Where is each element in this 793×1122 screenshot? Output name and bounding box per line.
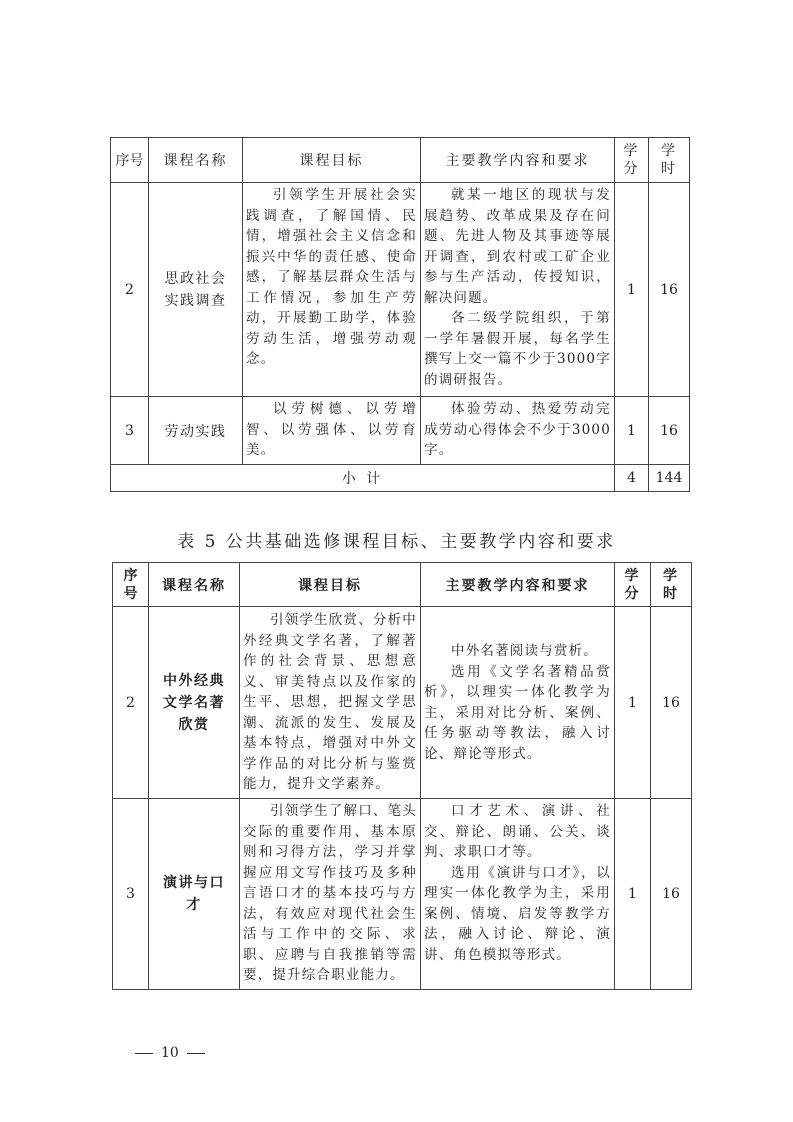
header-no: 序 号 xyxy=(113,563,149,607)
row-course-name: 演讲与口 才 xyxy=(149,799,240,990)
row-course-name: 思政社会 实践调查 xyxy=(149,183,243,397)
row-content: 就某一地区的现状与发展趋势、改革成果及存在问题、先进人物及其事迹等展开调查，到农… xyxy=(421,183,615,397)
subtotal-label: 小 计 xyxy=(111,465,615,492)
row-course-name: 中外经典 文学名著 欣赏 xyxy=(149,607,240,799)
row-credit: 1 xyxy=(615,183,649,397)
header-course-goal: 课程目标 xyxy=(243,138,421,183)
row-no: 3 xyxy=(111,397,149,465)
row-course-goal: 引领学生开展社会实践调查，了解国情、民情，增强社会主义信念和振兴中华的责任感、使… xyxy=(243,183,421,397)
page-number-footer: 10 xyxy=(127,1045,213,1061)
header-no: 序号 xyxy=(111,138,149,183)
row-course-goal: 引领学生了解口、笔头交际的重要作用、基本原则和习得方法，学习并掌握应用文写作技巧… xyxy=(240,799,421,990)
row-content: 体验劳动、热爱劳动完成劳动心得体会不少于3000字。 xyxy=(421,397,615,465)
header-credit: 学 分 xyxy=(615,138,649,183)
row-credit: 1 xyxy=(615,799,651,990)
subtotal-row: 小 计 4 144 xyxy=(111,465,690,492)
row-no: 2 xyxy=(113,607,149,799)
row-credit: 1 xyxy=(615,397,649,465)
row-no: 3 xyxy=(113,799,149,990)
row-hours: 16 xyxy=(651,799,692,990)
row-content: 口才艺术、演讲、社交、辩论、朗诵、公关、谈判、求职口才等。 选用《演讲与口才》，… xyxy=(421,799,615,990)
row-course-name: 劳动实践 xyxy=(149,397,243,465)
table-row: 3 劳动实践 以劳树德、以劳增智、以劳强体、以劳育美。 体验劳动、热爱劳动完成劳… xyxy=(111,397,690,465)
row-hours: 16 xyxy=(651,607,692,799)
table-5-caption: 表 5 公共基础选修课程目标、主要教学内容和要求 xyxy=(0,527,793,552)
header-course-name: 课程名称 xyxy=(149,563,240,607)
row-hours: 16 xyxy=(649,397,690,465)
table-row: 3 演讲与口 才 引领学生了解口、笔头交际的重要作用、基本原则和习得方法，学习并… xyxy=(113,799,692,990)
row-course-goal: 以劳树德、以劳增智、以劳强体、以劳育美。 xyxy=(243,397,421,465)
table-4-continued: 序号 课程名称 课程目标 主要教学内容和要求 学 分 学 时 2 思政社会 实践… xyxy=(110,137,690,492)
row-credit: 1 xyxy=(615,607,651,799)
row-no: 2 xyxy=(111,183,149,397)
header-content: 主要教学内容和要求 xyxy=(421,138,615,183)
dash-right xyxy=(187,1053,205,1054)
table-row: 2 思政社会 实践调查 引领学生开展社会实践调查，了解国情、民情，增强社会主义信… xyxy=(111,183,690,397)
header-hours: 学 时 xyxy=(651,563,692,607)
row-course-goal: 引领学生欣赏、分析中外经典文学名著，了解著作的社会背景、思想意义、审美特点以及作… xyxy=(240,607,421,799)
header-credit: 学 分 xyxy=(615,563,651,607)
table-row: 2 中外经典 文学名著 欣赏 引领学生欣赏、分析中外经典文学名著，了解著作的社会… xyxy=(113,607,692,799)
header-course-name: 课程名称 xyxy=(149,138,243,183)
table-5: 序 号 课程名称 课程目标 主要教学内容和要求 学 分 学 时 2 中外经典 文… xyxy=(112,562,692,990)
page-number: 10 xyxy=(161,1045,179,1061)
table-header-row: 序 号 课程名称 课程目标 主要教学内容和要求 学 分 学 时 xyxy=(113,563,692,607)
table-header-row: 序号 课程名称 课程目标 主要教学内容和要求 学 分 学 时 xyxy=(111,138,690,183)
header-content: 主要教学内容和要求 xyxy=(421,563,615,607)
header-course-goal: 课程目标 xyxy=(240,563,421,607)
subtotal-hours: 144 xyxy=(649,465,690,492)
header-hours: 学 时 xyxy=(649,138,690,183)
row-hours: 16 xyxy=(649,183,690,397)
subtotal-credit: 4 xyxy=(615,465,649,492)
dash-left xyxy=(135,1053,153,1054)
row-content: 中外名著阅读与赏析。 选用《文学名著精品赏析》，以理实一体化教学为主，采用对比分… xyxy=(421,607,615,799)
